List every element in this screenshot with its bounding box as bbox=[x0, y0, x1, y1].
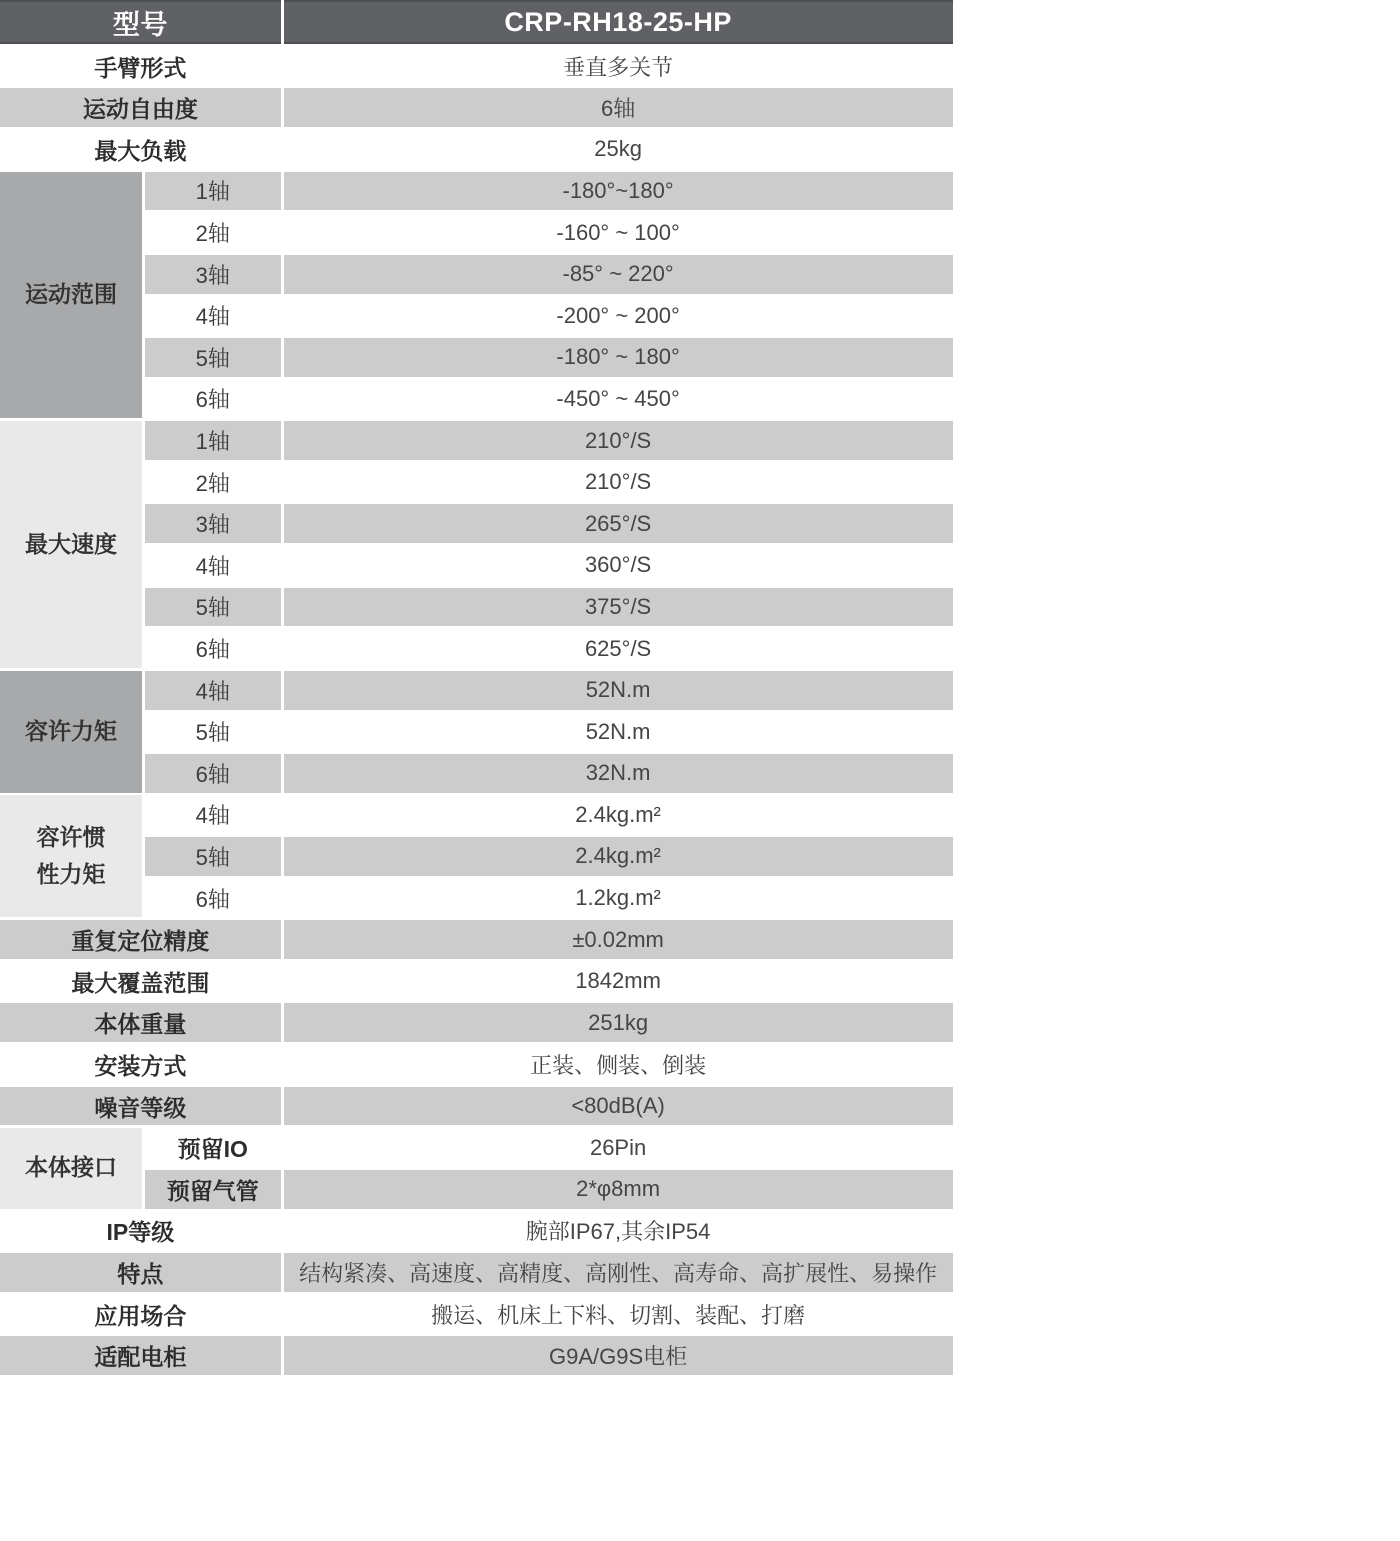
row-value-cell: 360°/S bbox=[284, 546, 953, 585]
row-value-cell: 2.4kg.m² bbox=[284, 795, 953, 834]
row-value-cell: 1.2kg.m² bbox=[284, 879, 953, 918]
row-value-cell: -85° ~ 220° bbox=[284, 255, 953, 294]
row-value-cell: 2*φ8mm bbox=[284, 1170, 953, 1209]
axis-label-cell: 5轴 bbox=[145, 338, 281, 377]
row-value-cell: 375°/S bbox=[284, 588, 953, 627]
row-value-cell: 26Pin bbox=[284, 1128, 953, 1167]
row-value-cell: 265°/S bbox=[284, 504, 953, 543]
row-value-cell: ±0.02mm bbox=[284, 920, 953, 959]
row-label-cell: 应用场合 bbox=[0, 1295, 281, 1334]
row-value-cell: 625°/S bbox=[284, 629, 953, 668]
row-value-cell: 32N.m bbox=[284, 754, 953, 793]
axis-label-cell: 4轴 bbox=[145, 795, 281, 834]
group-label-cell: 运动范围 bbox=[0, 172, 142, 419]
row-value-cell: 垂直多关节 bbox=[284, 47, 953, 86]
axis-label-cell: 5轴 bbox=[145, 837, 281, 876]
row-label-cell: IP等级 bbox=[0, 1211, 281, 1250]
row-value-cell: <80dB(A) bbox=[284, 1087, 953, 1126]
group-label-line: 最大速度 bbox=[25, 526, 117, 564]
row-label-cell: 适配电柜 bbox=[0, 1336, 281, 1375]
group-label-line: 本体接口 bbox=[25, 1149, 117, 1187]
group-label-line: 容许惯 bbox=[37, 819, 106, 857]
axis-label-cell: 6轴 bbox=[145, 380, 281, 419]
axis-label-cell: 3轴 bbox=[145, 504, 281, 543]
row-value-cell: 210°/S bbox=[284, 463, 953, 502]
group-label-line: 运动范围 bbox=[25, 276, 117, 314]
row-label-cell: 重复定位精度 bbox=[0, 920, 281, 959]
row-label-cell: 最大负载 bbox=[0, 130, 281, 169]
row-label-cell: 运动自由度 bbox=[0, 88, 281, 127]
axis-label-cell: 6轴 bbox=[145, 879, 281, 918]
row-label-cell: 特点 bbox=[0, 1253, 281, 1292]
row-value-cell: 搬运、机床上下料、切割、装配、打磨 bbox=[284, 1295, 953, 1334]
group-label-cell: 本体接口 bbox=[0, 1128, 142, 1208]
spec-table: 型号CRP-RH18-25-HP手臂形式垂直多关节运动自由度6轴最大负载25kg… bbox=[0, 0, 953, 1375]
axis-label-cell: 4轴 bbox=[145, 671, 281, 710]
row-value-cell: 52N.m bbox=[284, 671, 953, 710]
group-label-cell: 容许惯性力矩 bbox=[0, 795, 142, 917]
row-label-cell: 最大覆盖范围 bbox=[0, 962, 281, 1001]
row-label-cell: 噪音等级 bbox=[0, 1087, 281, 1126]
spec-sheet-page: 型号CRP-RH18-25-HP手臂形式垂直多关节运动自由度6轴最大负载25kg… bbox=[0, 0, 1400, 1541]
row-value-cell: 2.4kg.m² bbox=[284, 837, 953, 876]
row-value-cell: -160° ~ 100° bbox=[284, 213, 953, 252]
model-header-value: CRP-RH18-25-HP bbox=[284, 0, 953, 44]
row-value-cell: 251kg bbox=[284, 1003, 953, 1042]
axis-label-cell: 1轴 bbox=[145, 172, 281, 211]
group-label-line: 容许力矩 bbox=[25, 713, 117, 751]
axis-label-cell: 4轴 bbox=[145, 546, 281, 585]
row-label-cell: 安装方式 bbox=[0, 1045, 281, 1084]
row-value-cell: 结构紧凑、高速度、高精度、高刚性、高寿命、高扩展性、易操作 bbox=[284, 1253, 953, 1292]
axis-label-cell: 1轴 bbox=[145, 421, 281, 460]
row-value-cell: 正装、侧装、倒装 bbox=[284, 1045, 953, 1084]
row-value-cell: -180°~180° bbox=[284, 172, 953, 211]
axis-label-cell: 预留IO bbox=[145, 1128, 281, 1167]
row-label-cell: 手臂形式 bbox=[0, 47, 281, 86]
group-label-cell: 最大速度 bbox=[0, 421, 142, 668]
axis-label-cell: 5轴 bbox=[145, 712, 281, 751]
axis-label-cell: 6轴 bbox=[145, 629, 281, 668]
axis-label-cell: 2轴 bbox=[145, 463, 281, 502]
row-value-cell: -450° ~ 450° bbox=[284, 380, 953, 419]
axis-label-cell: 6轴 bbox=[145, 754, 281, 793]
row-value-cell: G9A/G9S电柜 bbox=[284, 1336, 953, 1375]
axis-label-cell: 3轴 bbox=[145, 255, 281, 294]
row-value-cell: 腕部IP67,其余IP54 bbox=[284, 1211, 953, 1250]
axis-label-cell: 2轴 bbox=[145, 213, 281, 252]
row-value-cell: 25kg bbox=[284, 130, 953, 169]
row-value-cell: 1842mm bbox=[284, 962, 953, 1001]
row-value-cell: -180° ~ 180° bbox=[284, 338, 953, 377]
row-value-cell: 52N.m bbox=[284, 712, 953, 751]
row-value-cell: 6轴 bbox=[284, 88, 953, 127]
row-value-cell: 210°/S bbox=[284, 421, 953, 460]
row-value-cell: -200° ~ 200° bbox=[284, 296, 953, 335]
axis-label-cell: 4轴 bbox=[145, 296, 281, 335]
model-header-label: 型号 bbox=[0, 0, 281, 44]
row-label-cell: 本体重量 bbox=[0, 1003, 281, 1042]
group-label-cell: 容许力矩 bbox=[0, 671, 142, 793]
axis-label-cell: 5轴 bbox=[145, 588, 281, 627]
group-label-line: 性力矩 bbox=[37, 856, 106, 894]
axis-label-cell: 预留气管 bbox=[145, 1170, 281, 1209]
